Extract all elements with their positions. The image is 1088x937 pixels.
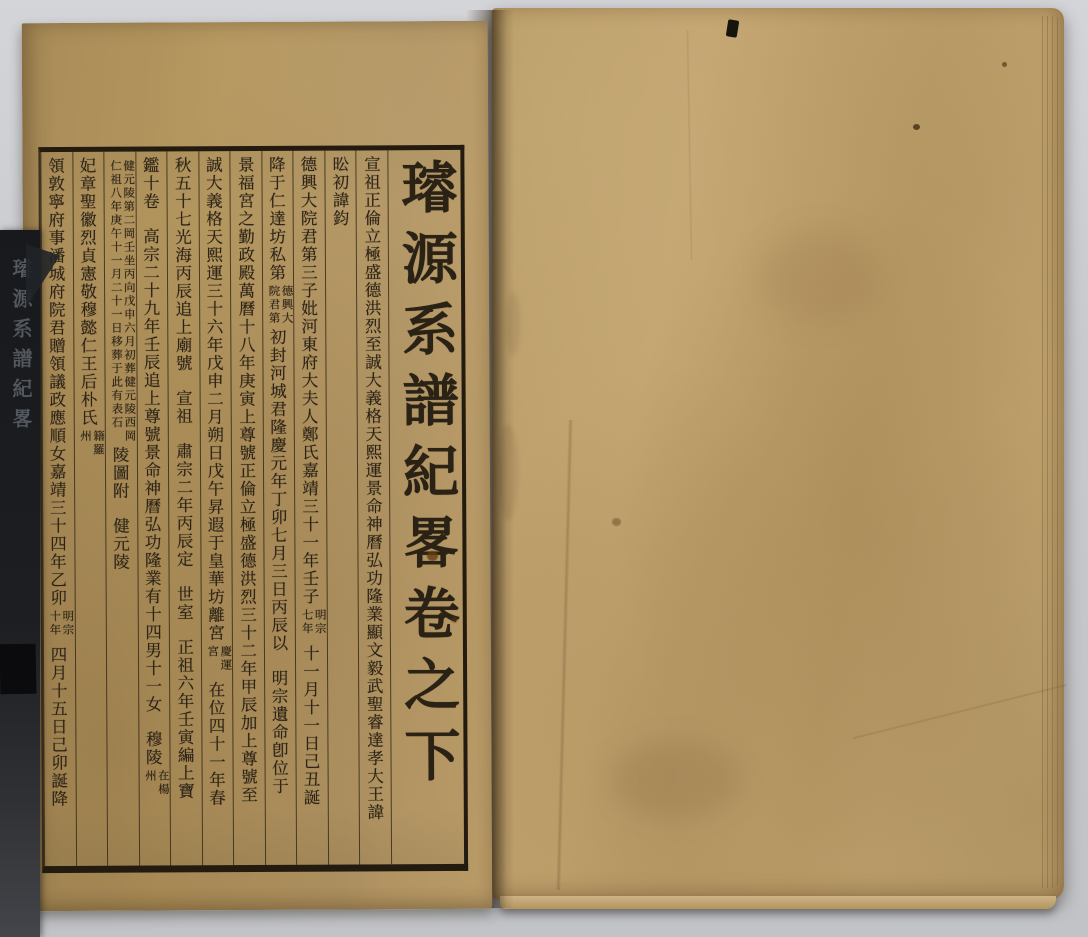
stain-speck bbox=[1002, 62, 1007, 67]
interlinear-note: 籍羅州 bbox=[79, 430, 105, 463]
left-page: 璿源系譜紀畧卷之下宣祖正倫立極盛德洪烈至誠大義格天熙運景命神曆弘功隆業顯文毅武聖… bbox=[22, 21, 493, 911]
stain-blotch bbox=[760, 232, 880, 322]
honorific-space bbox=[277, 652, 279, 669]
printed-text-frame: 璿源系譜紀畧卷之下宣祖正倫立極盛德洪烈至誠大義格天熙運景命神曆弘功隆業顯文毅武聖… bbox=[38, 145, 468, 873]
queen-title: 妃章聖徽烈貞憲敬穆懿仁王后朴氏籍羅州 bbox=[72, 152, 107, 866]
honorific-space bbox=[183, 621, 185, 638]
page-edge-stack bbox=[1038, 16, 1062, 888]
photo-surface: 璿源系譜紀畧卷之下宣祖正倫立極盛德洪烈至誠大義格天熙運景命神曆弘功隆業顯文毅武聖… bbox=[0, 0, 1088, 937]
interlinear-note: 明宗十年 bbox=[48, 610, 74, 643]
tomb-note: 健元陵第二岡壬坐丙向戊申六月初葬健元陵西岡仁祖八年庚午十一月二十一日移葬于此有表… bbox=[103, 152, 138, 866]
king-posthumous-title: 宣祖正倫立極盛德洪烈至誠大義格天熙運景命神曆弘功隆業顯文毅武聖睿達孝大王諱 bbox=[356, 150, 391, 864]
underlying-page-edge bbox=[500, 896, 1056, 909]
book-cover-edge: 璿源系譜紀畧 bbox=[0, 230, 40, 937]
honorific-space bbox=[182, 425, 184, 442]
stain-speck bbox=[913, 124, 920, 130]
temple-name-record: 秋五十七光海丙辰追上廟號宣祖肅宗二年丙辰定世室正祖六年壬寅編上寶 bbox=[167, 151, 202, 865]
interlinear-note: 健元陵第二岡壬坐丙向戊申六月初葬健元陵西岡仁祖八年庚午十一月二十一日移葬于此有表… bbox=[109, 160, 136, 444]
interlinear-note: 慶運宮 bbox=[206, 645, 232, 678]
stain-blotch bbox=[610, 740, 740, 820]
right-page bbox=[492, 8, 1064, 900]
interlinear-note: 明宗七年 bbox=[301, 609, 327, 642]
stain-speck bbox=[612, 518, 621, 526]
honorific-space bbox=[182, 568, 184, 585]
interlinear-note: 在楊州 bbox=[144, 769, 170, 802]
parentage-and-birth: 德興大院君第三子妣河東府大夫人鄭氏嘉靖三十一年壬子明宗七年十一月十一日己丑誕 bbox=[293, 151, 328, 865]
cover-edge-mark bbox=[0, 644, 36, 695]
king-name: 昖初諱鈞 bbox=[324, 150, 359, 864]
stain-speck bbox=[427, 551, 438, 561]
birthplace-and-accession: 降于仁達坊私第德興大院君第初封河城君隆慶元年丁卯七月三日丙辰以明宗遺命卽位于 bbox=[261, 151, 296, 865]
honorific-space bbox=[151, 714, 153, 731]
death-record: 誠大義格天熙運三十六年戊申二月朔日戊午昇遐于皇華坊離宮慶運宮在位四十一年春 bbox=[198, 151, 233, 865]
stain-speck bbox=[451, 617, 458, 623]
volume-title: 璿源系譜紀畧卷之下 bbox=[387, 150, 464, 864]
interlinear-note: 德興大院君第 bbox=[267, 285, 293, 326]
honorific-space bbox=[181, 372, 183, 389]
honorific-space bbox=[148, 211, 150, 228]
honors-progeny-tomb: 鑑十卷高宗二十九年壬辰追上尊號景命神曆弘功隆業有十四男十一女穆陵在楊州 bbox=[135, 151, 170, 865]
enthronement-and-honors: 景福宮之勤政殿萬曆十八年庚寅上尊號正倫立極盛德洪烈三十二年甲辰加上尊號至 bbox=[230, 151, 265, 865]
honorific-space bbox=[118, 500, 120, 517]
